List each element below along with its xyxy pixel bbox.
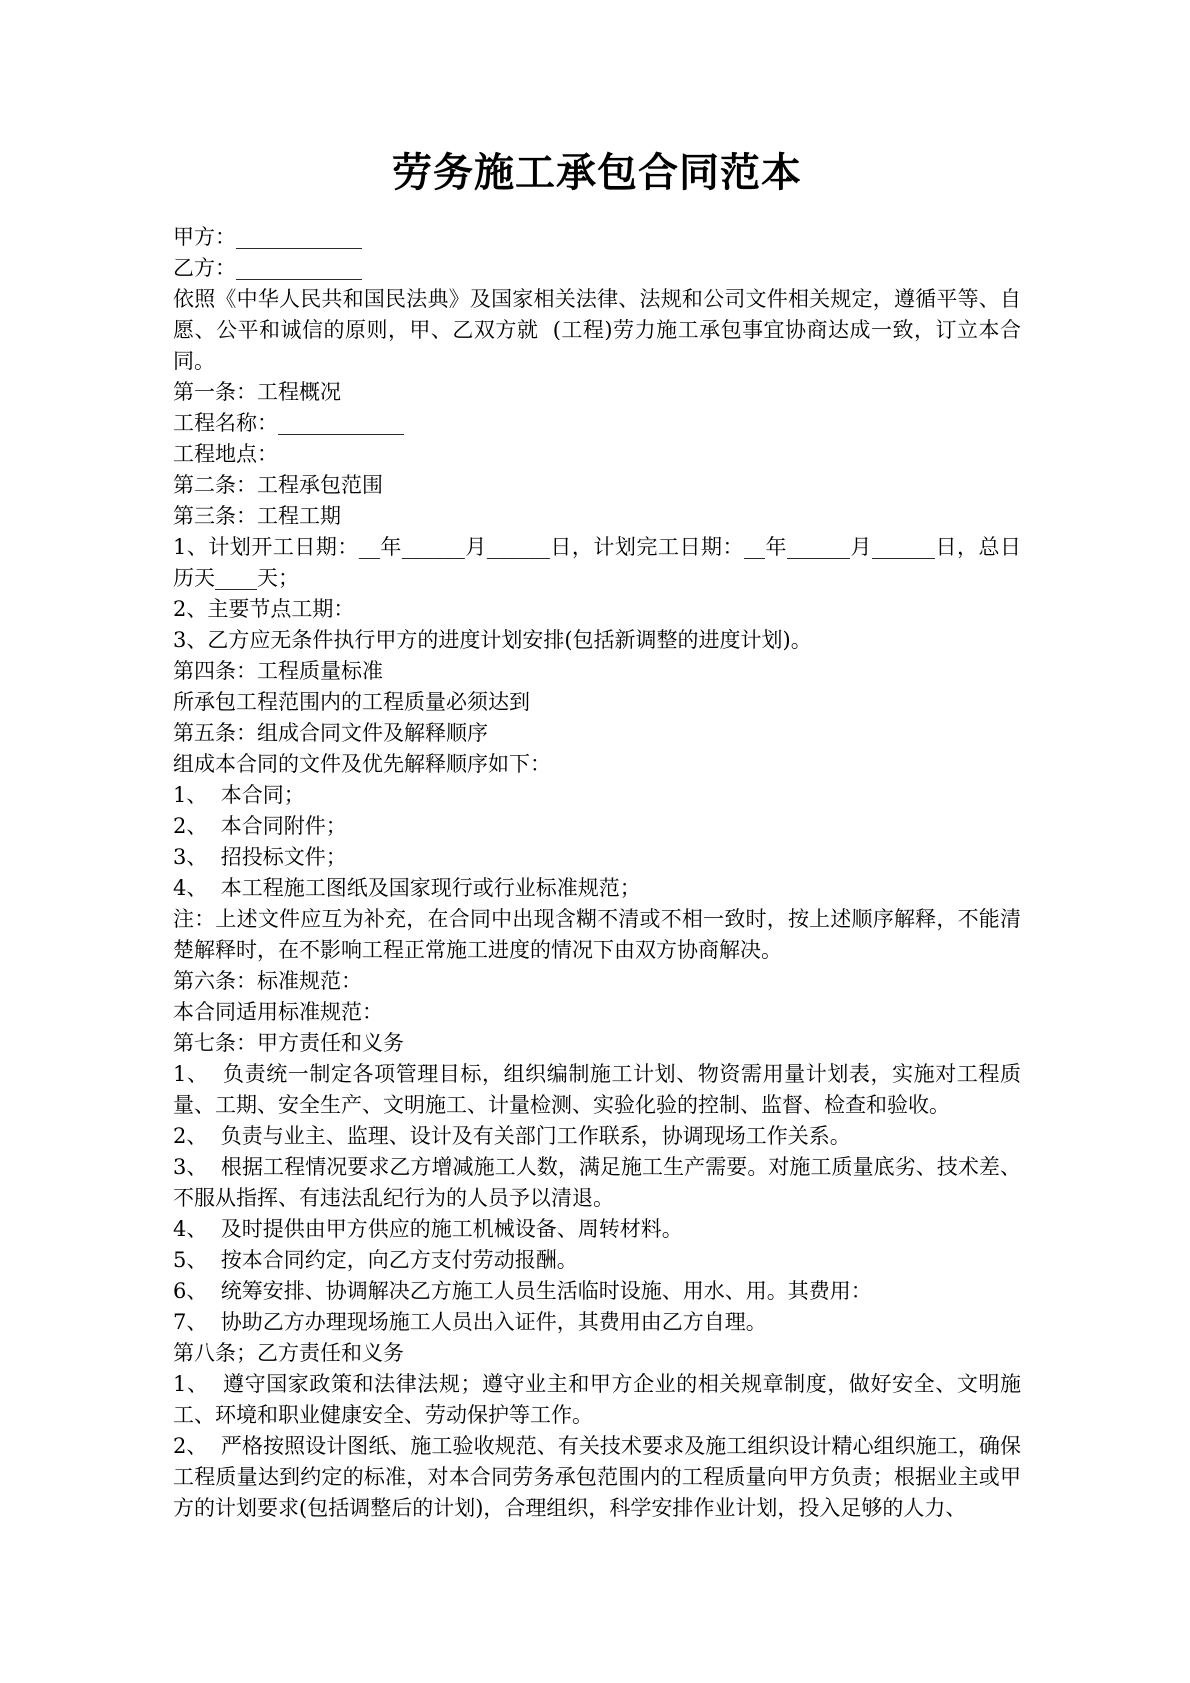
document-title: 劳务施工承包合同范本 [173, 150, 1021, 196]
clause-7-item-6: 6、 统筹安排、协调解决乙方施工人员生活临时设施、用水、用。其费用： [173, 1276, 1021, 1307]
clause-8-item-1: 1、 遵守国家政策和法律法规；遵守业主和甲方企业的相关规章制度，做好安全、文明施… [173, 1369, 1021, 1431]
clause-8-heading: 第八条；乙方责任和义务 [173, 1338, 1021, 1369]
project-location-line: 工程地点： [173, 439, 1021, 470]
clause-7-item-5: 5、 按本合同约定，向乙方支付劳动报酬。 [173, 1245, 1021, 1276]
clause-5-item-1: 1、 本合同； [173, 780, 1021, 811]
clause-5-item-2: 2、 本合同附件； [173, 811, 1021, 842]
clause-2-heading: 第二条：工程承包范围 [173, 470, 1021, 501]
contract-document-page: 劳务施工承包合同范本 甲方：____________ 乙方：__________… [0, 0, 1190, 1683]
clause-7-item-7: 7、 协助乙方办理现场施工人员出入证件，其费用由乙方自理。 [173, 1307, 1021, 1338]
clause-7-item-2: 2、 负责与业主、监理、设计及有关部门工作联系，协调现场工作关系。 [173, 1121, 1021, 1152]
clause-1-heading: 第一条：工程概况 [173, 377, 1021, 408]
clause-6-body: 本合同适用标准规范： [173, 997, 1021, 1028]
clause-5-note: 注：上述文件应互为补充，在合同中出现含糊不清或不相一致时，按上述顺序解释，不能清… [173, 904, 1021, 966]
document-content: 劳务施工承包合同范本 甲方：____________ 乙方：__________… [173, 150, 1021, 1524]
clause-8-item-2: 2、 严格按照设计图纸、施工验收规范、有关技术要求及施工组织设计精心组织施工，确… [173, 1431, 1021, 1524]
clause-3-item-2: 2、主要节点工期： [173, 594, 1021, 625]
clause-5-item-3: 3、 招投标文件； [173, 842, 1021, 873]
clause-5-heading: 第五条：组成合同文件及解释顺序 [173, 718, 1021, 749]
preamble-paragraph: 依照《中华人民共和国民法典》及国家相关法律、法规和公司文件相关规定，遵循平等、自… [173, 284, 1021, 377]
clause-5-intro: 组成本合同的文件及优先解释顺序如下： [173, 749, 1021, 780]
clause-7-item-4: 4、 及时提供由甲方供应的施工机械设备、周转材料。 [173, 1214, 1021, 1245]
clause-3-heading: 第三条：工程工期 [173, 501, 1021, 532]
clause-7-heading: 第七条：甲方责任和义务 [173, 1028, 1021, 1059]
clause-3-item-3: 3、乙方应无条件执行甲方的进度计划安排(包括新调整的进度计划)。 [173, 625, 1021, 656]
party-b-line: 乙方：____________ [173, 253, 1021, 284]
party-a-line: 甲方：____________ [173, 222, 1021, 253]
clause-3-item-1: 1、计划开工日期：__年______月______日，计划完工日期：__年___… [173, 532, 1021, 594]
clause-4-body: 所承包工程范围内的工程质量必须达到 [173, 687, 1021, 718]
clause-6-heading: 第六条：标准规范： [173, 966, 1021, 997]
clause-7-item-3: 3、 根据工程情况要求乙方增减施工人数，满足施工生产需要。对施工质量底劣、技术差… [173, 1152, 1021, 1214]
project-name-line: 工程名称：____________ [173, 408, 1021, 439]
clause-4-heading: 第四条：工程质量标准 [173, 656, 1021, 687]
clause-7-item-1: 1、 负责统一制定各项管理目标，组织编制施工计划、物资需用量计划表，实施对工程质… [173, 1059, 1021, 1121]
clause-5-item-4: 4、 本工程施工图纸及国家现行或行业标准规范； [173, 873, 1021, 904]
